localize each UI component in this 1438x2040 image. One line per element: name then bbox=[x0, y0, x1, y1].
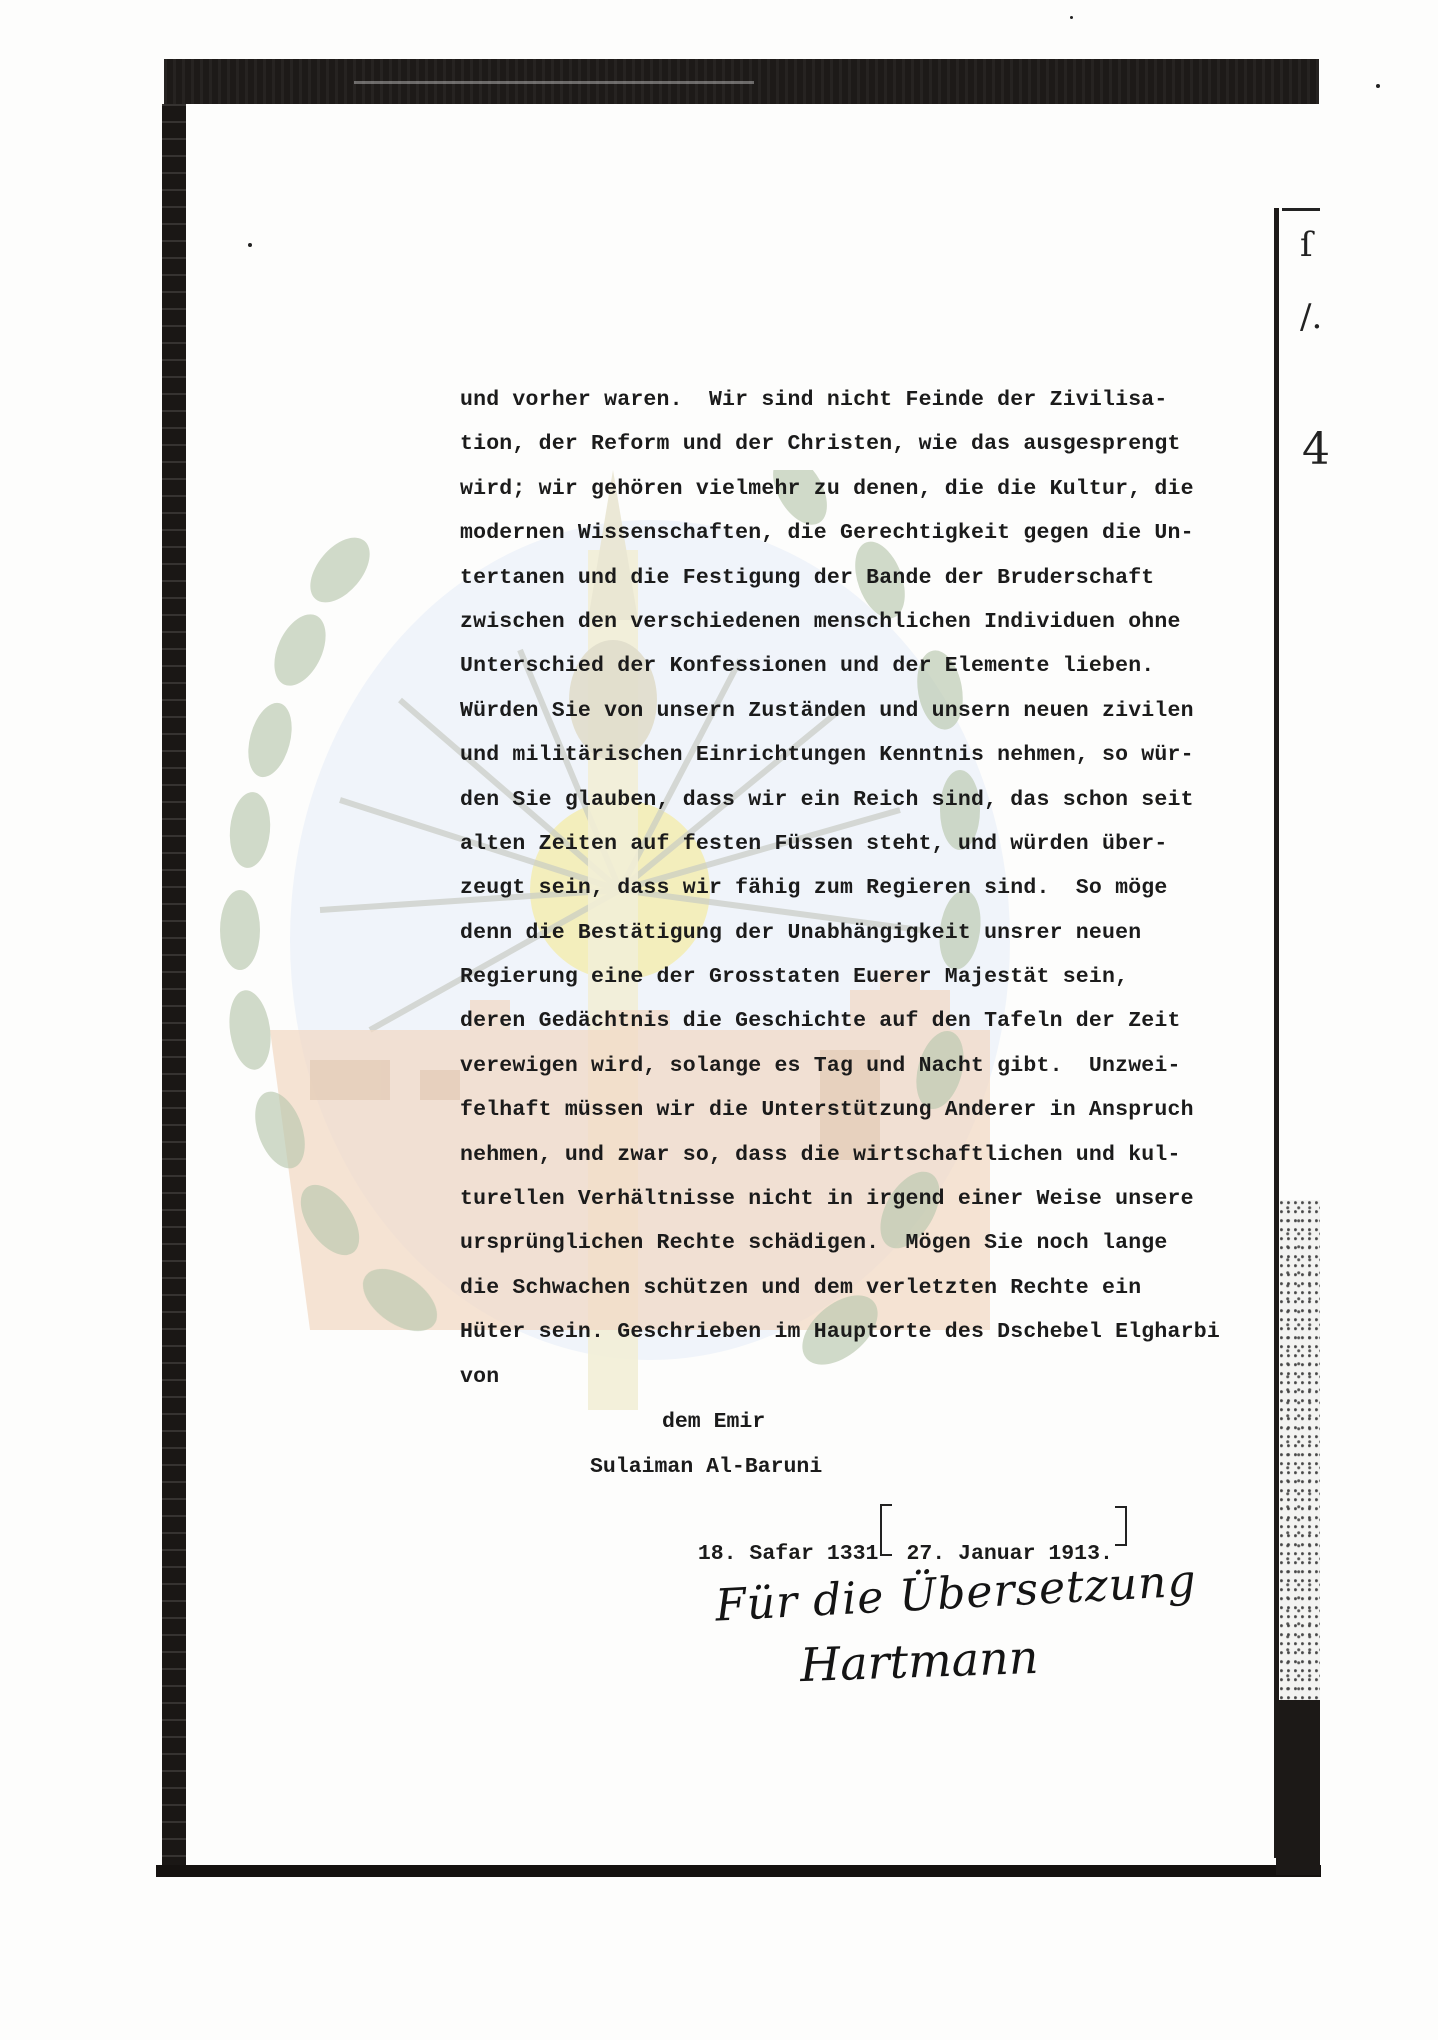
body-line: den Sie glauben, dass wir ein Reich sind… bbox=[460, 778, 1220, 822]
margin-mark: ſ bbox=[1300, 228, 1313, 262]
scan-frame-top bbox=[164, 59, 1319, 104]
scan-speck bbox=[1376, 84, 1380, 88]
body-line: Regierung eine der Grosstaten Euerer Maj… bbox=[460, 955, 1220, 999]
body-line: felhaft müssen wir die Unterstützung And… bbox=[460, 1088, 1220, 1132]
body-line: denn die Bestätigung der Unabhängigkeit … bbox=[460, 911, 1220, 955]
body-line: tertanen und die Festigung der Bande der… bbox=[460, 556, 1220, 600]
body-line: Würden Sie von unsern Zuständen und unse… bbox=[460, 689, 1220, 733]
body-line: und militärischen Einrichtungen Kenntnis… bbox=[460, 733, 1220, 777]
date-hijri: 18. Safar 1331 bbox=[698, 1542, 879, 1566]
scan-frame-right-tick bbox=[1282, 208, 1320, 211]
body-line: zwischen den verschiedenen menschlichen … bbox=[460, 600, 1220, 644]
body-line: tion, der Reform und der Christen, wie d… bbox=[460, 422, 1220, 466]
scan-speck bbox=[1070, 16, 1073, 19]
body-line: und vorher waren. Wir sind nicht Feinde … bbox=[460, 378, 1220, 422]
body-line: turellen Verhältnisse nicht in irgend ei… bbox=[460, 1177, 1220, 1221]
body-line: von bbox=[460, 1355, 1220, 1399]
scan-frame-bottom bbox=[156, 1865, 1321, 1877]
body-line: modernen Wissenschaften, die Gerechtigke… bbox=[460, 511, 1220, 555]
closing-signatory: Sulaiman Al-Baruni bbox=[590, 1455, 822, 1479]
bracket-close bbox=[1115, 1506, 1127, 1546]
body-line: Unterschied der Konfessionen und der Ele… bbox=[460, 644, 1220, 688]
margin-mark: 4 bbox=[1302, 428, 1330, 472]
scan-frame-corner bbox=[1276, 1700, 1320, 1875]
scan-noise-strip bbox=[1280, 1200, 1320, 1700]
body-line: ursprünglichen Rechte schädigen. Mögen S… bbox=[460, 1221, 1220, 1265]
body-line: Hüter sein. Geschrieben im Hauptorte des… bbox=[460, 1310, 1220, 1354]
scan-frame-left bbox=[162, 104, 186, 1874]
handwritten-signature: Hartmann bbox=[799, 1630, 1039, 1692]
scan-frame-right bbox=[1274, 208, 1279, 1858]
margin-mark: /. bbox=[1300, 300, 1322, 334]
bracket-open bbox=[880, 1504, 892, 1556]
closing-line-1: dem Emir bbox=[662, 1410, 765, 1434]
body-line: wird; wir gehören vielmehr zu denen, die… bbox=[460, 467, 1220, 511]
scan-speck bbox=[248, 243, 252, 247]
body-line: die Schwachen schützen und dem verletzte… bbox=[460, 1266, 1220, 1310]
body-line: zeugt sein, dass wir fähig zum Regieren … bbox=[460, 866, 1220, 910]
body-line: deren Gedächtnis die Geschichte auf den … bbox=[460, 999, 1220, 1043]
body-line: nehmen, und zwar so, dass die wirtschaft… bbox=[460, 1133, 1220, 1177]
letter-body: und vorher waren. Wir sind nicht Feinde … bbox=[460, 378, 1220, 1399]
body-line: verewigen wird, solange es Tag und Nacht… bbox=[460, 1044, 1220, 1088]
body-line: alten Zeiten auf festen Füssen steht, un… bbox=[460, 822, 1220, 866]
